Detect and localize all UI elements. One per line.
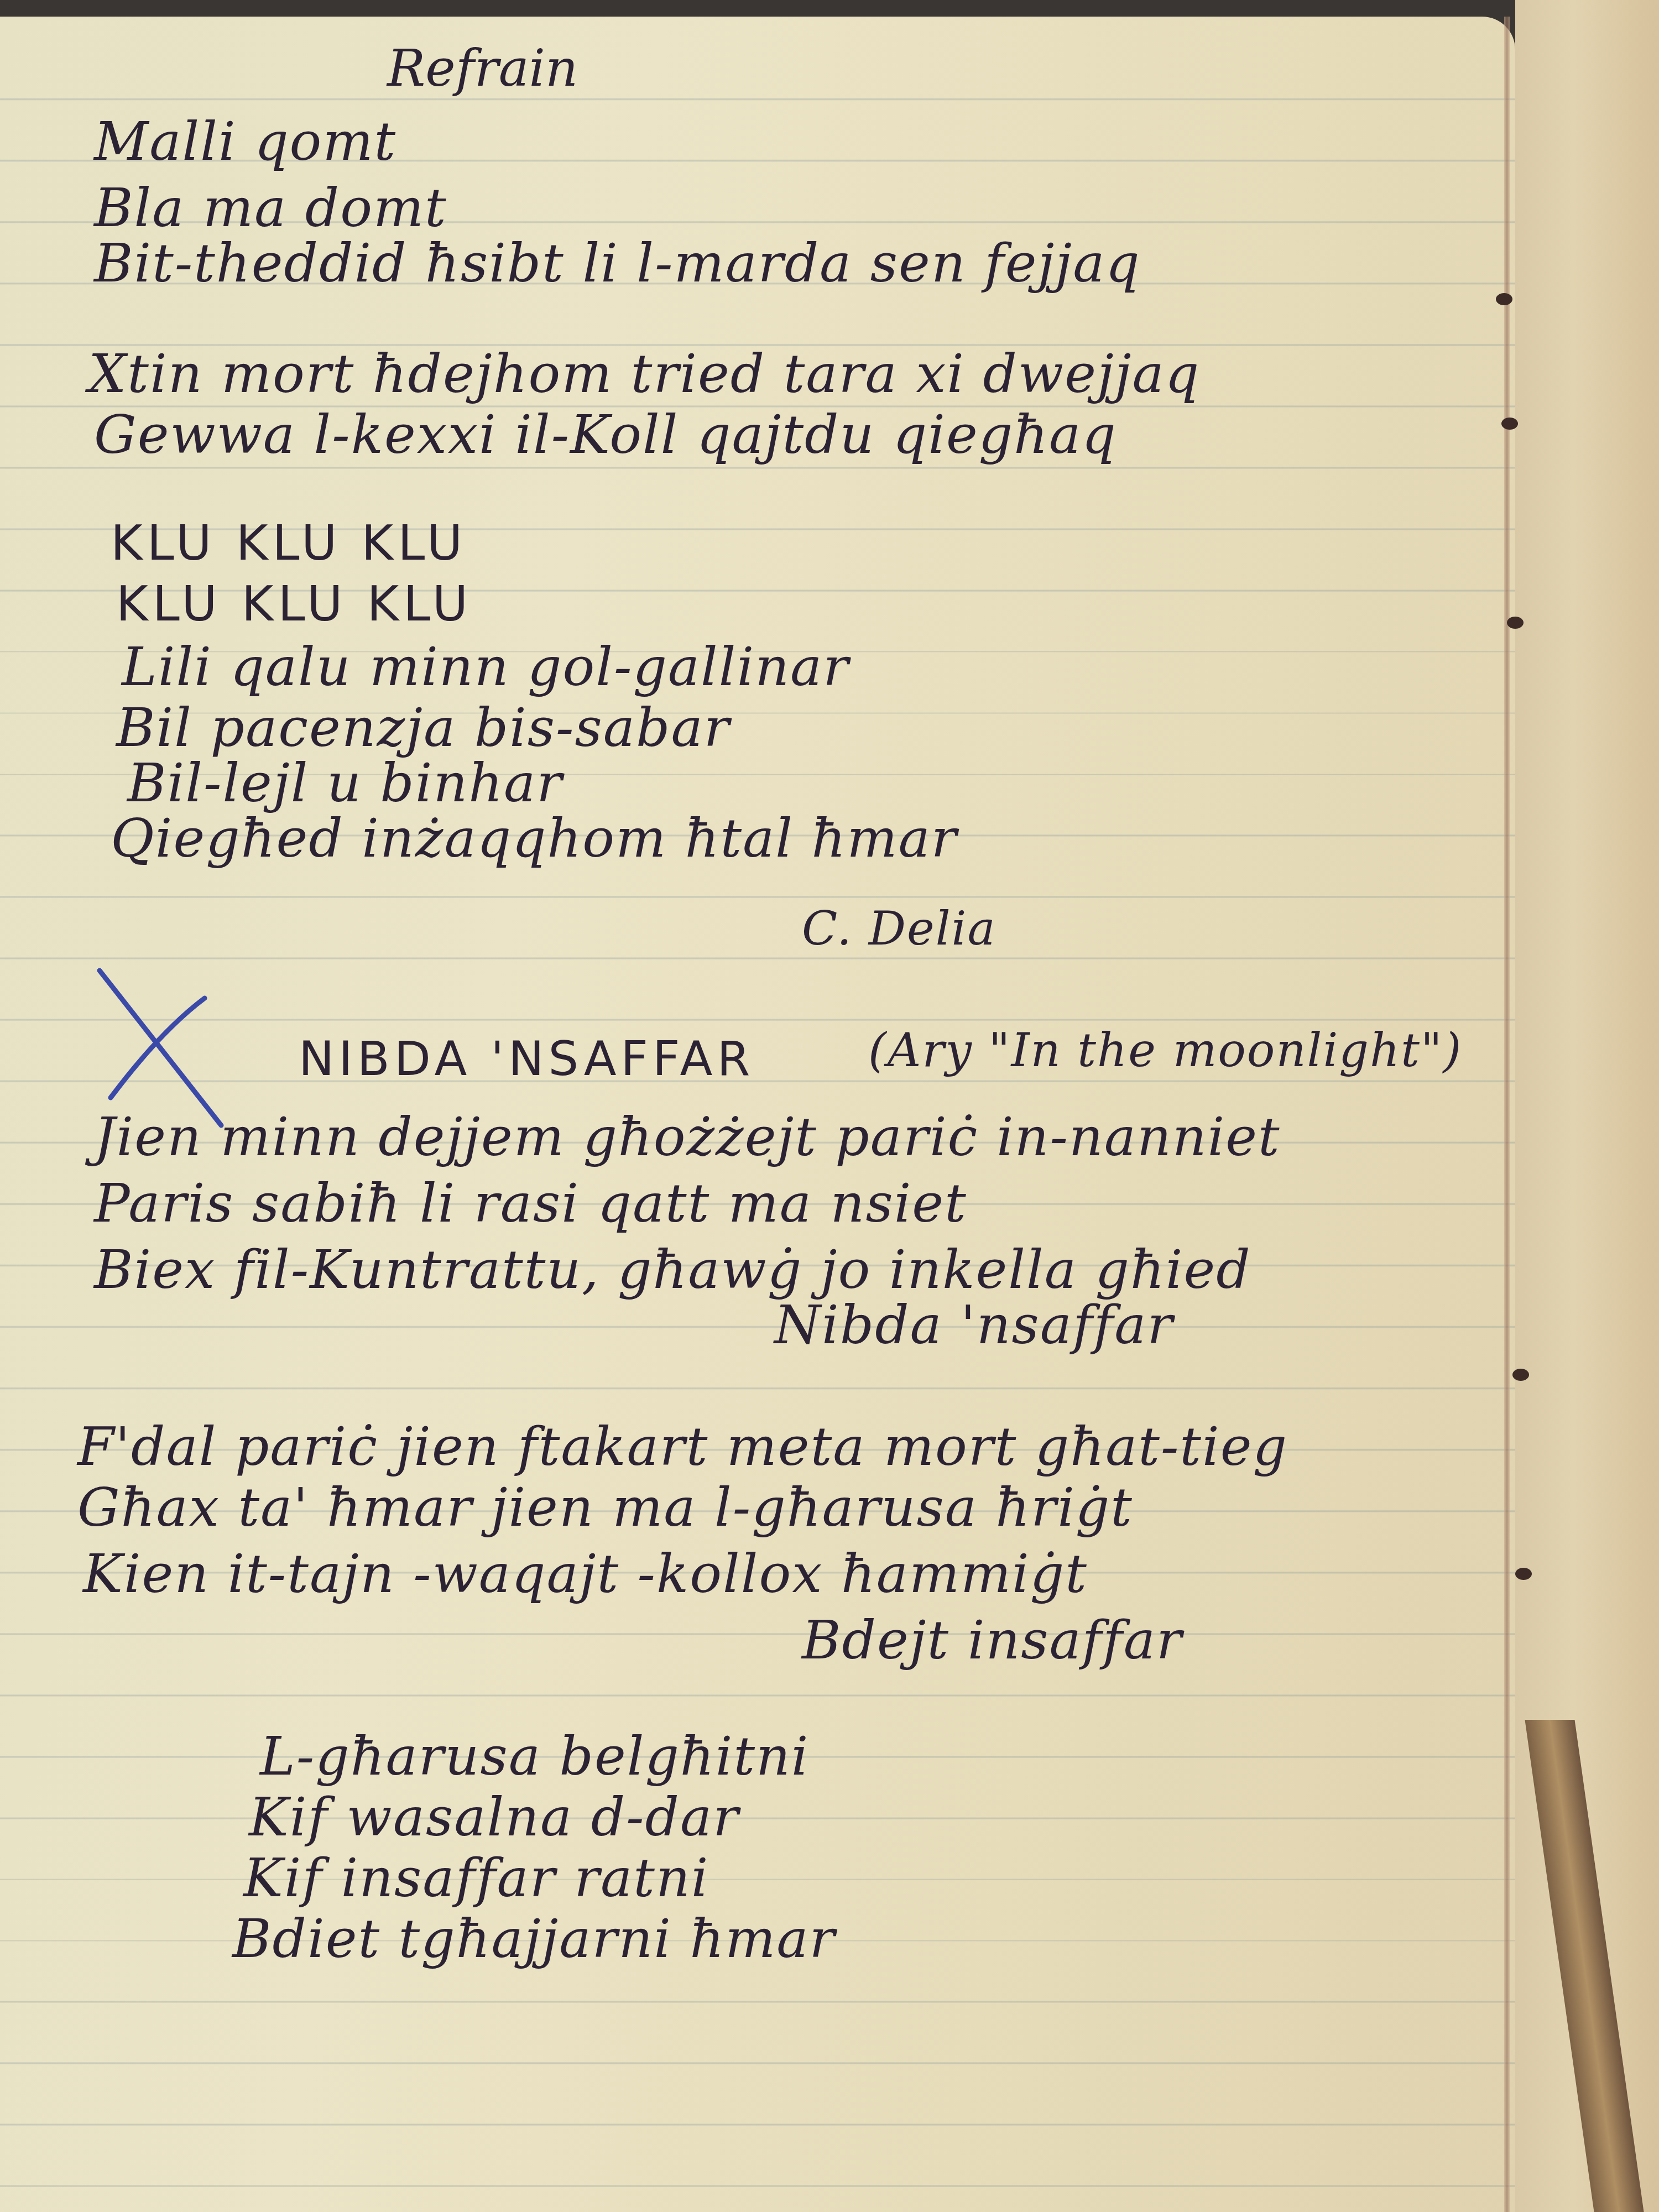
stanza1-line-4: Nibda 'nsaffar [774,1294,1173,1356]
stitch-hole [1496,293,1512,305]
binding-edge [1504,17,1510,2212]
signature: C. Delia [802,901,997,956]
song-title: NIBDA 'NSAFFAR [299,1031,754,1087]
stitch-hole [1515,1568,1532,1580]
stanza3-line-3: Kif insaffar ratni [243,1847,709,1909]
stanza2-line-2: Għax ta' ħmar jien ma l-għarusa ħriġt [77,1477,1133,1538]
refrain-line-1: Malli qomt [94,111,397,173]
refrain-line-3: Bit-theddid ħsibt li l-marda sen fejjaq [94,232,1141,294]
stanza2-line-1: F'dal pariċ jien ftakart meta mort għat-… [77,1416,1288,1478]
stanza3-line-4: Bdiet tgħajjarni ħmar [232,1908,836,1970]
chorus-line-4: Bil pacenzja bis-sabar [116,697,731,759]
chorus-line-6: Qiegħed inżaqqhom ħtal ħmar [111,807,958,869]
stanza3-line-2: Kif wasalna d-dar [249,1786,739,1848]
stanza1-line-3: Biex fil-Kuntrattu, għawġ jo inkella għi… [94,1239,1251,1301]
chorus-line-1: KLU KLU KLU [111,514,467,571]
chorus-line-3: Lili qalu minn gol-gallinar [122,636,849,698]
stanza1-line-2: Paris sabiħ li rasi qatt ma nsiet [94,1172,967,1234]
stanza2-line-3: Kien it-tajn -waqajt -kollox ħammiġt [83,1543,1088,1605]
stanza2-line-4: Bdejt insaffar [802,1609,1183,1671]
refrain-line-2: Bla ma domt [94,177,447,239]
notebook-page: Refrain Malli qomt Bla ma domt Bit-thedd… [0,17,1515,2212]
stitch-hole [1507,617,1524,629]
stitch-hole [1501,418,1518,430]
chorus-line-5: Bil-lejl u binhar [127,752,563,814]
verse-a-line-1: Xtin mort ħdejhom tried tara xi dwejjaq [88,343,1200,405]
refrain-title: Refrain [387,39,578,98]
stitch-hole [1512,1369,1529,1381]
stanza3-line-1: L-għarusa belgħitni [260,1725,810,1787]
verse-a-line-2: Gewwa l-kexxi il-Koll qajtdu qiegħaq [94,404,1117,466]
chorus-line-2: KLU KLU KLU [116,575,472,632]
stanza1-line-1: Jien minn dejjem għożżejt pariċ in-nanni… [94,1106,1281,1168]
song-subtitle: (Ary "In the moonlight") [868,1023,1462,1077]
